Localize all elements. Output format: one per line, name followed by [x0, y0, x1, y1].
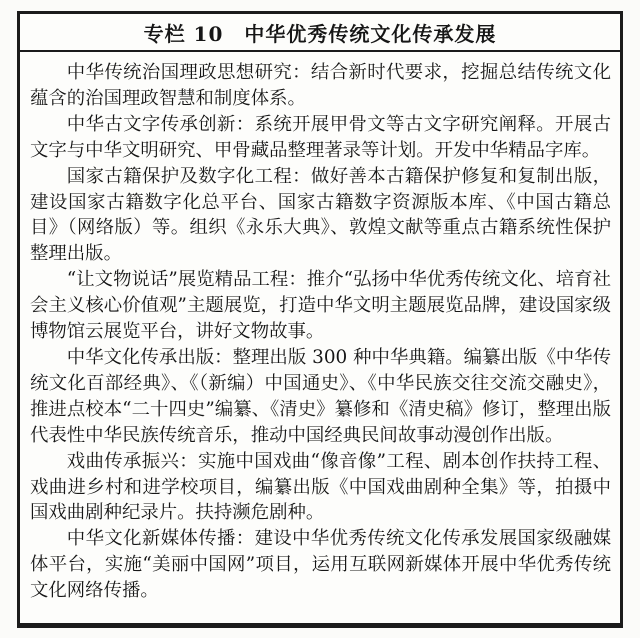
panel-title: 专栏 10 中华优秀传统文化传承发展: [144, 18, 497, 47]
paragraph-ancient-books-digitization: 国家古籍保护及数字化工程：做好善本古籍保护修复和复制出版，建设国家古籍数字化总平…: [30, 164, 611, 268]
panel-body: 中华传统治国理政思想研究：结合新时代要求，挖掘总结传统文化蕴含的治国理政智慧和制…: [20, 52, 620, 604]
paragraph-ancient-scripts: 中华古文字传承创新：系统开展甲骨文等古文字研究阐释。开展古文字与中华文明研究、甲…: [30, 112, 611, 164]
panel-header: 专栏 10 中华优秀传统文化传承发展: [20, 14, 620, 52]
paragraph-opera-revitalization: 戏曲传承振兴：实施中国戏曲“像音像”工程、剧本创作扶持工程、戏曲进乡村和进学校项…: [30, 449, 611, 527]
document-page: 专栏 10 中华优秀传统文化传承发展 中华传统治国理政思想研究：结合新时代要求，…: [0, 0, 640, 638]
paragraph-relics-exhibition-project: “让文物说话”展览精品工程：推介“弘扬中华优秀传统文化、培育社会主义核心价值观”…: [30, 267, 611, 345]
column-box-panel: 专栏 10 中华优秀传统文化传承发展 中华传统治国理政思想研究：结合新时代要求，…: [17, 11, 623, 628]
paragraph-culture-publishing: 中华文化传承出版：整理出版 300 种中华典籍。编纂出版《中华传统文化百部经典》…: [30, 345, 611, 449]
paragraph-new-media-dissemination: 中华文化新媒体传播：建设中华优秀传统文化传承发展国家级融媒体平台，实施“美丽中国…: [30, 526, 611, 604]
paragraph-governance-research: 中华传统治国理政思想研究：结合新时代要求，挖掘总结传统文化蕴含的治国理政智慧和制…: [30, 60, 611, 112]
